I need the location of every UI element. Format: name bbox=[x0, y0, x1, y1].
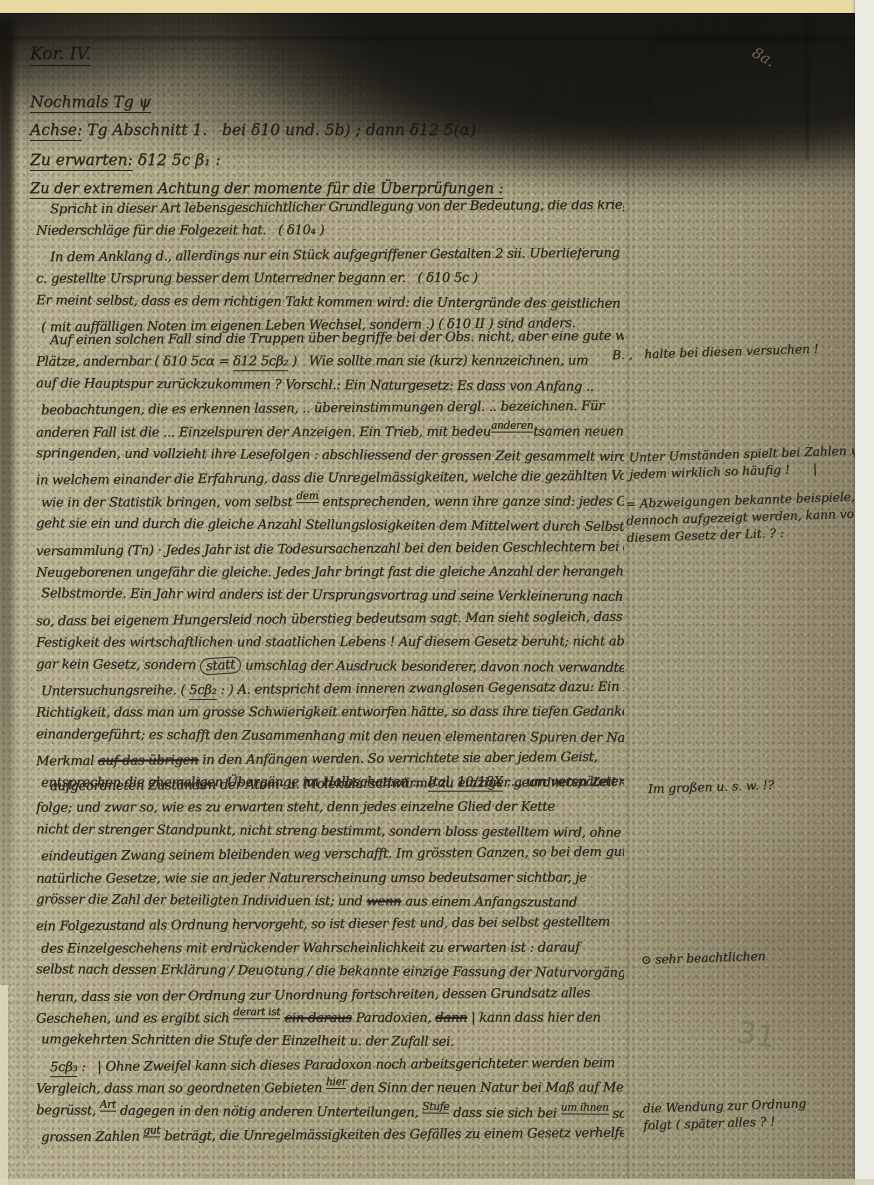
manuscript-line: Geschehen, und es ergibt sich derart ist… bbox=[36, 1010, 624, 1035]
margin-note: Unter Umständen spielt bei Zahlen ψjedem… bbox=[629, 442, 861, 483]
faint-label-outline bbox=[648, 40, 850, 120]
horizontal-crease bbox=[10, 37, 854, 39]
manuscript-line: natürliche Gesetze, wie sie an jeder Nat… bbox=[36, 870, 624, 895]
scan-bed-strip-bottom bbox=[0, 1179, 874, 1185]
scan-shadow-left-edge bbox=[0, 20, 14, 990]
manuscript-line: heran, dass sie von der Ordnung zur Unor… bbox=[36, 985, 624, 1013]
body-paragraph: Spricht in dieser Art lebensgeschichtlic… bbox=[36, 200, 624, 247]
manuscript-line: Merkmal auf das übrigen in den Anfängen … bbox=[36, 750, 624, 778]
manuscript-line: Untersuchungsreihe. ( 5cβ₂ : ) A. entspr… bbox=[36, 680, 624, 708]
manuscript-line: des Einzelgeschehens mit erdrückender Wa… bbox=[36, 940, 624, 965]
manuscript-line: Neugeborenen ungefähr die gleiche. Jedes… bbox=[36, 564, 624, 589]
manuscript-line: Plätze, andernbar ( δ10 5cα = δ12 5cβ₂ )… bbox=[36, 354, 624, 379]
manuscript-line: Vergleich, dass man so geordneten Gebiet… bbox=[36, 1081, 624, 1106]
scan-bed-corner-bottom-left bbox=[0, 985, 8, 1185]
manuscript-line: geht sie ein und durch die gleiche Anzah… bbox=[36, 516, 624, 543]
left-margin-crease bbox=[26, 55, 28, 1155]
manuscript-line: grossen Zahlen gut beträgt, die Unregelm… bbox=[36, 1126, 624, 1152]
manuscript-line: ein Folgezustand als Ordnung hervorgeht,… bbox=[36, 915, 624, 943]
manuscript-line: Richtigkeit, dass man um grosse Schwieri… bbox=[36, 705, 624, 730]
section-heading: Zu der extremen Achtung der momente für … bbox=[30, 181, 503, 197]
manuscript-line: selbst nach dessen Erklärung / Deu⊙tung … bbox=[36, 962, 624, 989]
body-paragraph: In dem Anklang d., allerdings nur ein St… bbox=[36, 248, 624, 342]
scan-bed-strip-right bbox=[855, 0, 874, 1185]
manuscript-line: folge; und zwar so, wie es zu erwarten s… bbox=[36, 800, 624, 825]
body-paragraph: 5cβ₃ : | Ohne Zweifel kann sich dieses P… bbox=[36, 1058, 624, 1152]
header-achse-line: Achse: Tg Abschnitt 1. bei δ10 und. 5b) … bbox=[30, 121, 476, 139]
manuscript-line: c. gestellte Ursprung besser dem Unterre… bbox=[36, 271, 624, 296]
body-paragraph: aufgeordneten Zuständen der Atom- u. Mol… bbox=[36, 777, 624, 1058]
manuscript-line: eindeutigen Zwang seinem bleibenden weg … bbox=[36, 845, 624, 873]
vertical-fold-crease bbox=[627, 0, 629, 1185]
margin-note: = Abzweigungen bekannte beispiele, diede… bbox=[625, 487, 874, 546]
manuscript-line: umgekehrten Schritten die Stufe der Einz… bbox=[36, 1033, 624, 1058]
body-paragraph: Auf einen solchen Fall sind die Truppen … bbox=[36, 331, 624, 799]
header-subtitle: Nochmals Tg ψ bbox=[30, 93, 151, 111]
manuscript-page: Kor. IV. Nochmals Tg ψ Achse: Tg Abschni… bbox=[0, 0, 874, 1185]
manuscript-line: wie in der Statistik bringen, vom selbst… bbox=[36, 494, 624, 519]
manuscript-line: so, dass bei eigenem Hungersleid noch üb… bbox=[36, 609, 624, 637]
page-title: Kor. IV. bbox=[30, 44, 91, 64]
manuscript-line: versammlung (Tn) · Jedes Jahr ist die To… bbox=[36, 539, 624, 567]
manuscript-line: Niederschläge für die Folgezeit hat. ( δ… bbox=[36, 223, 624, 247]
margin-note: die Wendung zur Ordnungfolgt ( später al… bbox=[643, 1095, 807, 1134]
manuscript-line: Festigkeit des wirtschaftlichen und staa… bbox=[36, 634, 624, 659]
manuscript-line: in welchem einander die Erfahrung, dass … bbox=[36, 469, 624, 497]
manuscript-line: anderen Fall ist die ... Einzelspuren de… bbox=[36, 424, 624, 449]
scan-bed-strip-top bbox=[0, 0, 874, 13]
manuscript-line: beobachtungen, die es erkennen lassen, .… bbox=[36, 399, 624, 427]
header-erwarten-line: Zu erwarten: δ12 5c β₁ : bbox=[30, 151, 221, 169]
pencil-number: 31 bbox=[734, 1015, 777, 1056]
